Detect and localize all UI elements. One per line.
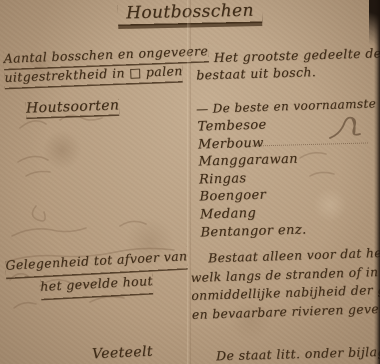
wood-list: TembesoeMerbouwManggarawanRingasBoengoer… <box>197 116 307 242</box>
wood-types-intro: — De beste en voornaamste soorten zijn <box>196 94 380 116</box>
body-transport: Bestaat alleen voor dat het- welk langs … <box>190 244 380 324</box>
heading-transport: Gelegenheid tot afvoer van het gevelde h… <box>5 245 187 300</box>
body-forests: Het grootste gedeelte der residentie bes… <box>196 44 379 83</box>
wood-item: Bentangor enz. <box>200 221 307 242</box>
heading-wood-types: Houtsoorten <box>26 97 120 117</box>
heading-transport-line2: het gevelde hout <box>40 270 154 299</box>
body-forests-line2: bestaat uit bosch. <box>196 61 378 83</box>
heading-forests: Aantal bosschen en ongeveere uitgestrekt… <box>3 42 209 88</box>
page-title-text: Houtbosschen <box>118 0 262 24</box>
manuscript-page: Houtbosschen Aantal bosschen en ongeveer… <box>0 0 380 364</box>
heading-wood-types-text: Houtsoorten <box>26 97 120 117</box>
page-corner-shadow <box>369 0 380 58</box>
body-livestock: De staat litt. onder bijlage <box>216 344 380 364</box>
wood-item: Manggarawan <box>198 151 305 172</box>
heading-livestock: Veeteelt <box>92 344 154 363</box>
page-title: Houtbosschen <box>0 0 380 27</box>
